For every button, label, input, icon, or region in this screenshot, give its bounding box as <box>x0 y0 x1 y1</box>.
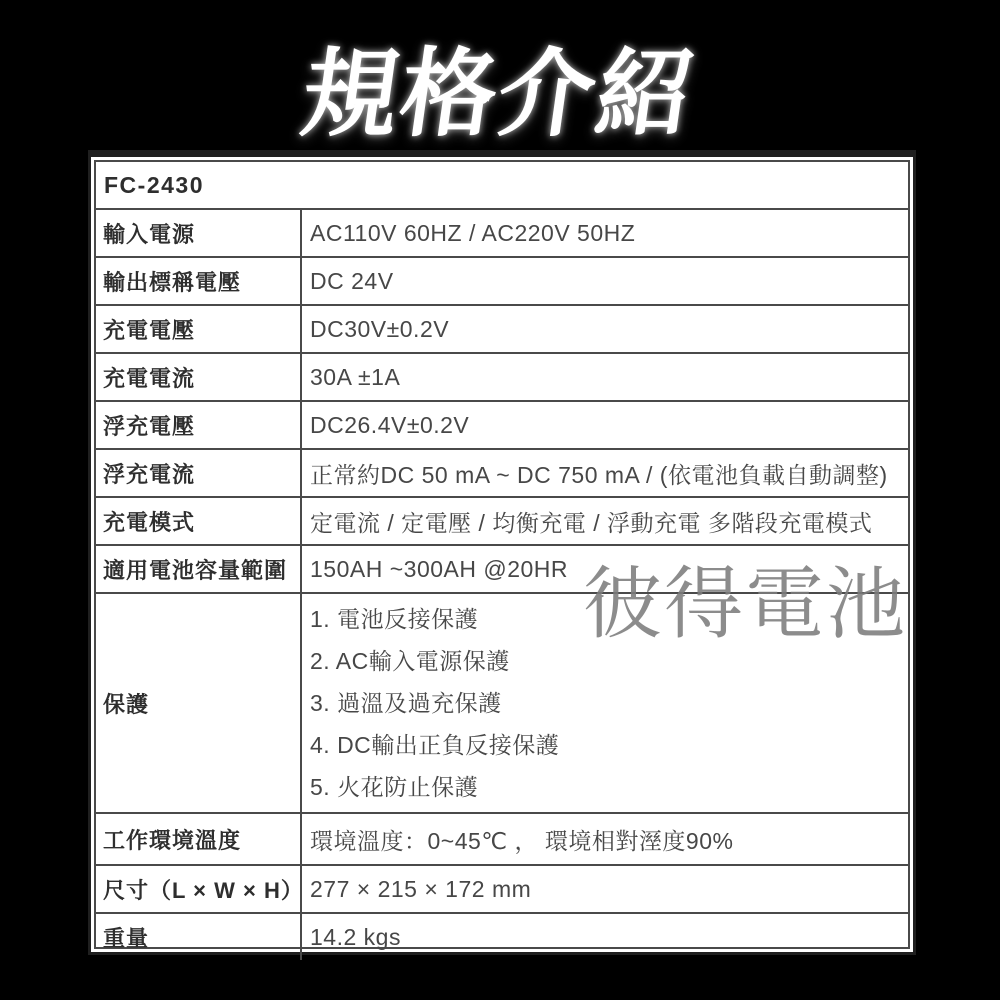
table-row-charge-current: 充電電流 30A ±1A <box>96 352 908 400</box>
table-row-dimensions: 尺寸（L × W × H） 277 × 215 × 172 mm <box>96 864 908 912</box>
row-value: 30A ±1A <box>302 354 908 400</box>
protection-item: 5. 火花防止保護 <box>310 766 904 808</box>
row-value: DC 24V <box>302 258 908 304</box>
row-label: 輸出標稱電壓 <box>96 258 302 304</box>
page-title: 規格介紹 <box>0 18 1000 155</box>
row-value: 14.2 kgs <box>302 914 908 960</box>
table-row-operating-temperature: 工作環境溫度 環境溫度：0~45℃ ， 環境相對溼度90% <box>96 812 908 864</box>
table-row-float-current: 浮充電流 正常約DC 50 mA ~ DC 750 mA / (依電池負載自動調… <box>96 448 908 496</box>
spec-table-grid: FC-2430 輸入電源 AC110V 60HZ / AC220V 50HZ 輸… <box>94 160 910 949</box>
protection-item: 1. 電池反接保護 <box>310 598 904 640</box>
row-label: 工作環境溫度 <box>96 814 302 864</box>
row-label: 尺寸（L × W × H） <box>96 866 302 912</box>
row-label: 充電模式 <box>96 498 302 544</box>
row-value: 150AH ~300AH @20HR <box>302 546 908 592</box>
table-row-charge-mode: 充電模式 定電流 / 定電壓 / 均衡充電 / 浮動充電 多階段充電模式 <box>96 496 908 544</box>
spec-table: FC-2430 輸入電源 AC110V 60HZ / AC220V 50HZ 輸… <box>88 150 916 955</box>
table-row-weight: 重量 14.2 kgs <box>96 912 908 960</box>
protection-item: 2. AC輸入電源保護 <box>310 640 904 682</box>
row-label: 充電電壓 <box>96 306 302 352</box>
row-value: 正常約DC 50 mA ~ DC 750 mA / (依電池負載自動調整) <box>302 450 908 496</box>
table-row-charge-voltage: 充電電壓 DC30V±0.2V <box>96 304 908 352</box>
table-row-battery-capacity: 適用電池容量範圍 150AH ~300AH @20HR <box>96 544 908 592</box>
row-value: 環境溫度：0~45℃ ， 環境相對溼度90% <box>302 814 908 864</box>
row-label: 浮充電流 <box>96 450 302 496</box>
protection-item: 4. DC輸出正負反接保護 <box>310 724 904 766</box>
row-label: 充電電流 <box>96 354 302 400</box>
table-row-model: FC-2430 <box>96 162 908 208</box>
model-number: FC-2430 <box>96 162 908 208</box>
row-label: 重量 <box>96 914 302 960</box>
protection-list: 1. 電池反接保護 2. AC輸入電源保護 3. 過溫及過充保護 4. DC輸出… <box>302 594 908 812</box>
row-label: 輸入電源 <box>96 210 302 256</box>
row-value: 277 × 215 × 172 mm <box>302 866 908 912</box>
row-label: 保護 <box>96 594 302 812</box>
table-row-input-power: 輸入電源 AC110V 60HZ / AC220V 50HZ <box>96 208 908 256</box>
product-spec-image: 規格介紹 彼得電池 FC-2430 輸入電源 AC110V 60HZ / AC2… <box>0 0 1000 1000</box>
row-label: 適用電池容量範圍 <box>96 546 302 592</box>
table-row-float-voltage: 浮充電壓 DC26.4V±0.2V <box>96 400 908 448</box>
table-row-protection: 保護 1. 電池反接保護 2. AC輸入電源保護 3. 過溫及過充保護 4. D… <box>96 592 908 812</box>
row-value: DC30V±0.2V <box>302 306 908 352</box>
row-value: AC110V 60HZ / AC220V 50HZ <box>302 210 908 256</box>
protection-item: 3. 過溫及過充保護 <box>310 682 904 724</box>
row-label: 浮充電壓 <box>96 402 302 448</box>
table-row-output-voltage: 輸出標稱電壓 DC 24V <box>96 256 908 304</box>
row-value: 定電流 / 定電壓 / 均衡充電 / 浮動充電 多階段充電模式 <box>302 498 908 544</box>
row-value: DC26.4V±0.2V <box>302 402 908 448</box>
